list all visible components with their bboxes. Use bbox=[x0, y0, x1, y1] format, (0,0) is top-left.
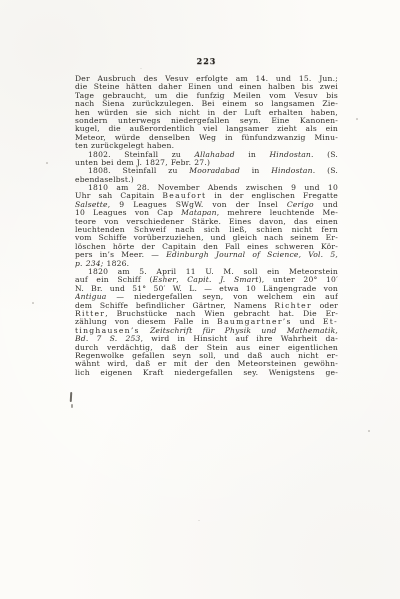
text-line: Uhr sah Capitain Beaufort in der englisc… bbox=[75, 192, 338, 200]
text-line: löschen hörte der Capitain den Fall eine… bbox=[75, 243, 338, 251]
text-segment: leuchtenden Schweif nach sich ließ, schi… bbox=[75, 226, 338, 234]
text-segment: , bbox=[176, 276, 187, 284]
text-line: Antigua — niedergefallen seyn, von welch… bbox=[75, 293, 338, 301]
text-segment: Uhr sah Capitain bbox=[75, 192, 162, 200]
scanned-book-page: 223 Der Ausbruch des Vesuv erfolgte am 1… bbox=[0, 0, 400, 599]
spaced-name: Beaufort bbox=[162, 192, 206, 200]
text-segment: nach Siena zurückzulegen. Bei einem so l… bbox=[75, 100, 338, 108]
text-line: 1808. Steinfall zu Mooradabad in Hindost… bbox=[75, 167, 338, 175]
text-segment: , 9 Leagues SWgW. von der Insel bbox=[108, 201, 287, 209]
text-line: nach Siena zurückzulegen. Bei einem so l… bbox=[75, 100, 338, 108]
page-text: Der Ausbruch des Vesuv erfolgte am 14. u… bbox=[75, 75, 338, 377]
italic-text: Antigua bbox=[75, 293, 107, 301]
spaced-name: Ritter bbox=[75, 310, 105, 318]
text-segment: sondern unterwegs niedergefallen seyn. E… bbox=[75, 117, 338, 125]
italic-text: Hindostan bbox=[269, 151, 311, 159]
italic-text: Esher bbox=[153, 276, 176, 284]
text-segment: 1820 am 5. April 11 U. M. soll ein Meteo… bbox=[88, 268, 338, 276]
text-line: sondern unterwegs niedergefallen seyn. E… bbox=[75, 117, 338, 125]
ink-speck bbox=[32, 302, 34, 304]
text-segment: , Bruchstücke nach Wien gebracht hat. Di… bbox=[105, 310, 338, 318]
ink-speck bbox=[356, 118, 358, 120]
text-segment: . (S. bbox=[313, 167, 338, 175]
page-number: 223 bbox=[75, 57, 338, 66]
text-segment: in bbox=[235, 151, 270, 159]
italic-text: Matapan bbox=[181, 209, 217, 217]
text-segment: lich eigenen Kraft niedergefallen sey. W… bbox=[75, 369, 338, 377]
text-segment: ), unter 20° 10′ bbox=[259, 276, 338, 284]
text-segment: Tage gebraucht, um die funfzig Meilen vo… bbox=[75, 92, 338, 100]
ink-speck bbox=[140, 68, 142, 69]
text-segment: kugel, die außerordentlich viel langsame… bbox=[75, 125, 338, 133]
italic-text: Cerigo bbox=[287, 201, 314, 209]
paragraph: 1808. Steinfall zu Mooradabad in Hindost… bbox=[75, 167, 338, 184]
text-segment: 1808. Steinfall zu bbox=[88, 167, 189, 175]
spaced-name: Richter bbox=[274, 302, 312, 310]
text-segment: N. Br. und 51° 50′ W. L. — etwa 10 Länge… bbox=[75, 285, 338, 293]
italic-text: Edinburgh Journal of Science, Vol. 5, bbox=[166, 251, 338, 259]
text-segment: pers in’s Meer. — bbox=[75, 251, 166, 259]
text-segment: vom Schiffe vorüberzuziehen, und gleich … bbox=[75, 234, 338, 242]
text-line: tinghausen’s Zeitschrift für Physik und … bbox=[75, 327, 338, 335]
text-segment: 1826. bbox=[104, 260, 130, 268]
text-line: durch verdächtig, daß der Stein aus eine… bbox=[75, 344, 338, 352]
text-segment: ebendaselbst.) bbox=[75, 176, 134, 184]
text-line: 1810 am 28. November Abends zwischen 9 u… bbox=[75, 184, 338, 192]
text-segment: 1802. Steinfall zu bbox=[88, 151, 194, 159]
text-segment: ten zurückgelegt haben. bbox=[75, 142, 174, 150]
text-segment bbox=[140, 327, 150, 335]
text-line: Ritter, Bruchstücke nach Wien gebracht h… bbox=[75, 310, 338, 318]
text-segment: teore von verschiedener Stärke. Eines da… bbox=[75, 218, 338, 226]
text-segment: zählung von diesem Falle in bbox=[75, 318, 217, 326]
text-block: 223 Der Ausbruch des Vesuv erfolgte am 1… bbox=[75, 57, 338, 377]
text-line: N. Br. und 51° 50′ W. L. — etwa 10 Länge… bbox=[75, 285, 338, 293]
text-line: p. 234; 1826. bbox=[75, 260, 338, 268]
text-line: hen würden sie sich nicht in der Luft er… bbox=[75, 109, 338, 117]
text-line: leuchtenden Schweif nach sich ließ, schi… bbox=[75, 226, 338, 234]
text-segment: hen würden sie sich nicht in der Luft er… bbox=[75, 109, 338, 117]
paragraph: Der Ausbruch des Vesuv erfolgte am 14. u… bbox=[75, 75, 338, 151]
ink-speck bbox=[198, 520, 200, 521]
text-line: Bd. 7 S. 253, wird in Hinsicht auf ihre … bbox=[75, 335, 338, 343]
text-segment: durch verdächtig, daß der Stein aus eine… bbox=[75, 344, 338, 352]
text-line: wähnt wird, daß er mit der den Meteorste… bbox=[75, 360, 338, 368]
ink-mark bbox=[70, 392, 73, 402]
text-line: auf ein Schiff (Esher, Capit. J. Smart),… bbox=[75, 276, 338, 284]
text-line: zählung von diesem Falle in Baumgartner’… bbox=[75, 318, 338, 326]
text-segment: wähnt wird, daß er mit der den Meteorste… bbox=[75, 360, 338, 368]
text-segment: . (S. bbox=[311, 151, 338, 159]
text-segment: auf ein Schiff ( bbox=[75, 276, 153, 284]
text-line: Der Ausbruch des Vesuv erfolgte am 14. u… bbox=[75, 75, 338, 83]
italic-text: Allahabad bbox=[194, 151, 234, 159]
text-segment: löschen hörte der Capitain den Fall eine… bbox=[75, 243, 338, 251]
text-line: unten bei dem J. 1827, Febr. 27.) bbox=[75, 159, 338, 167]
italic-text: Salsette bbox=[75, 201, 108, 209]
paragraph: 1802. Steinfall zu Allahabad in Hindosta… bbox=[75, 151, 338, 168]
text-line: Salsette, 9 Leagues SWgW. von der Insel … bbox=[75, 201, 338, 209]
ink-speck bbox=[46, 162, 48, 164]
text-segment: , wird in Hinsicht auf ihre Wahrheit da- bbox=[141, 335, 338, 343]
text-segment: in der englischen Fregatte bbox=[206, 192, 338, 200]
text-line: 10 Leagues von Cap Matapan, mehrere leuc… bbox=[75, 209, 338, 217]
text-line: Meteor, würde denselben Weg in fünfundzw… bbox=[75, 134, 338, 142]
italic-text: p. 234; bbox=[75, 260, 104, 268]
text-line: 1802. Steinfall zu Allahabad in Hindosta… bbox=[75, 151, 338, 159]
ink-mark bbox=[71, 404, 73, 408]
text-line: kugel, die außerordentlich viel langsame… bbox=[75, 125, 338, 133]
text-segment: und bbox=[314, 201, 338, 209]
text-segment: die Steine hätten daher Einen und einen … bbox=[75, 83, 338, 91]
text-line: lich eigenen Kraft niedergefallen sey. W… bbox=[75, 369, 338, 377]
text-segment: , mehrere leuchtende Me- bbox=[217, 209, 338, 217]
text-segment: dem Schiffe befindlicher Gärtner, Namens bbox=[75, 302, 274, 310]
text-segment: und bbox=[292, 318, 323, 326]
text-segment: Meteor, würde denselben Weg in fünfundzw… bbox=[75, 134, 338, 142]
text-line: ebendaselbst.) bbox=[75, 176, 338, 184]
text-line: 1820 am 5. April 11 U. M. soll ein Meteo… bbox=[75, 268, 338, 276]
spaced-name: Et- bbox=[323, 318, 338, 326]
spaced-name: Baumgartner’s bbox=[217, 318, 292, 326]
text-line: Tage gebraucht, um die funfzig Meilen vo… bbox=[75, 92, 338, 100]
paragraph: 1820 am 5. April 11 U. M. soll ein Meteo… bbox=[75, 268, 338, 377]
text-segment: — niedergefallen seyn, von welchem ein a… bbox=[107, 293, 338, 301]
text-segment: unten bei dem J. 1827, Febr. 27.) bbox=[75, 159, 210, 167]
text-segment: 1810 am 28. November Abends zwischen 9 u… bbox=[88, 184, 338, 192]
text-line: die Steine hätten daher Einen und einen … bbox=[75, 83, 338, 91]
italic-text: Mooradabad bbox=[189, 167, 240, 175]
spaced-name: tinghausen’s bbox=[75, 327, 140, 335]
ink-speck bbox=[368, 430, 370, 432]
text-segment: in bbox=[240, 167, 271, 175]
text-segment: Der Ausbruch des Vesuv erfolgte am 14. u… bbox=[75, 75, 338, 83]
text-line: Regenwolke gefallen seyn soll, und daß a… bbox=[75, 352, 338, 360]
text-segment: oder bbox=[312, 302, 338, 310]
italic-text: Zeitschrift für Physik und Mathematik, bbox=[150, 327, 338, 335]
text-line: vom Schiffe vorüberzuziehen, und gleich … bbox=[75, 234, 338, 242]
italic-text: Capit. J. Smart bbox=[187, 276, 258, 284]
text-line: pers in’s Meer. — Edinburgh Journal of S… bbox=[75, 251, 338, 259]
italic-text: Hindostan bbox=[271, 167, 313, 175]
text-line: ten zurückgelegt haben. bbox=[75, 142, 338, 150]
italic-text: Bd. 7 S. 253 bbox=[75, 335, 141, 343]
paragraph: 1810 am 28. November Abends zwischen 9 u… bbox=[75, 184, 338, 268]
text-line: dem Schiffe befindlicher Gärtner, Namens… bbox=[75, 302, 338, 310]
text-segment: 10 Leagues von Cap bbox=[75, 209, 181, 217]
text-line: teore von verschiedener Stärke. Eines da… bbox=[75, 218, 338, 226]
text-segment: Regenwolke gefallen seyn soll, und daß a… bbox=[75, 352, 338, 360]
